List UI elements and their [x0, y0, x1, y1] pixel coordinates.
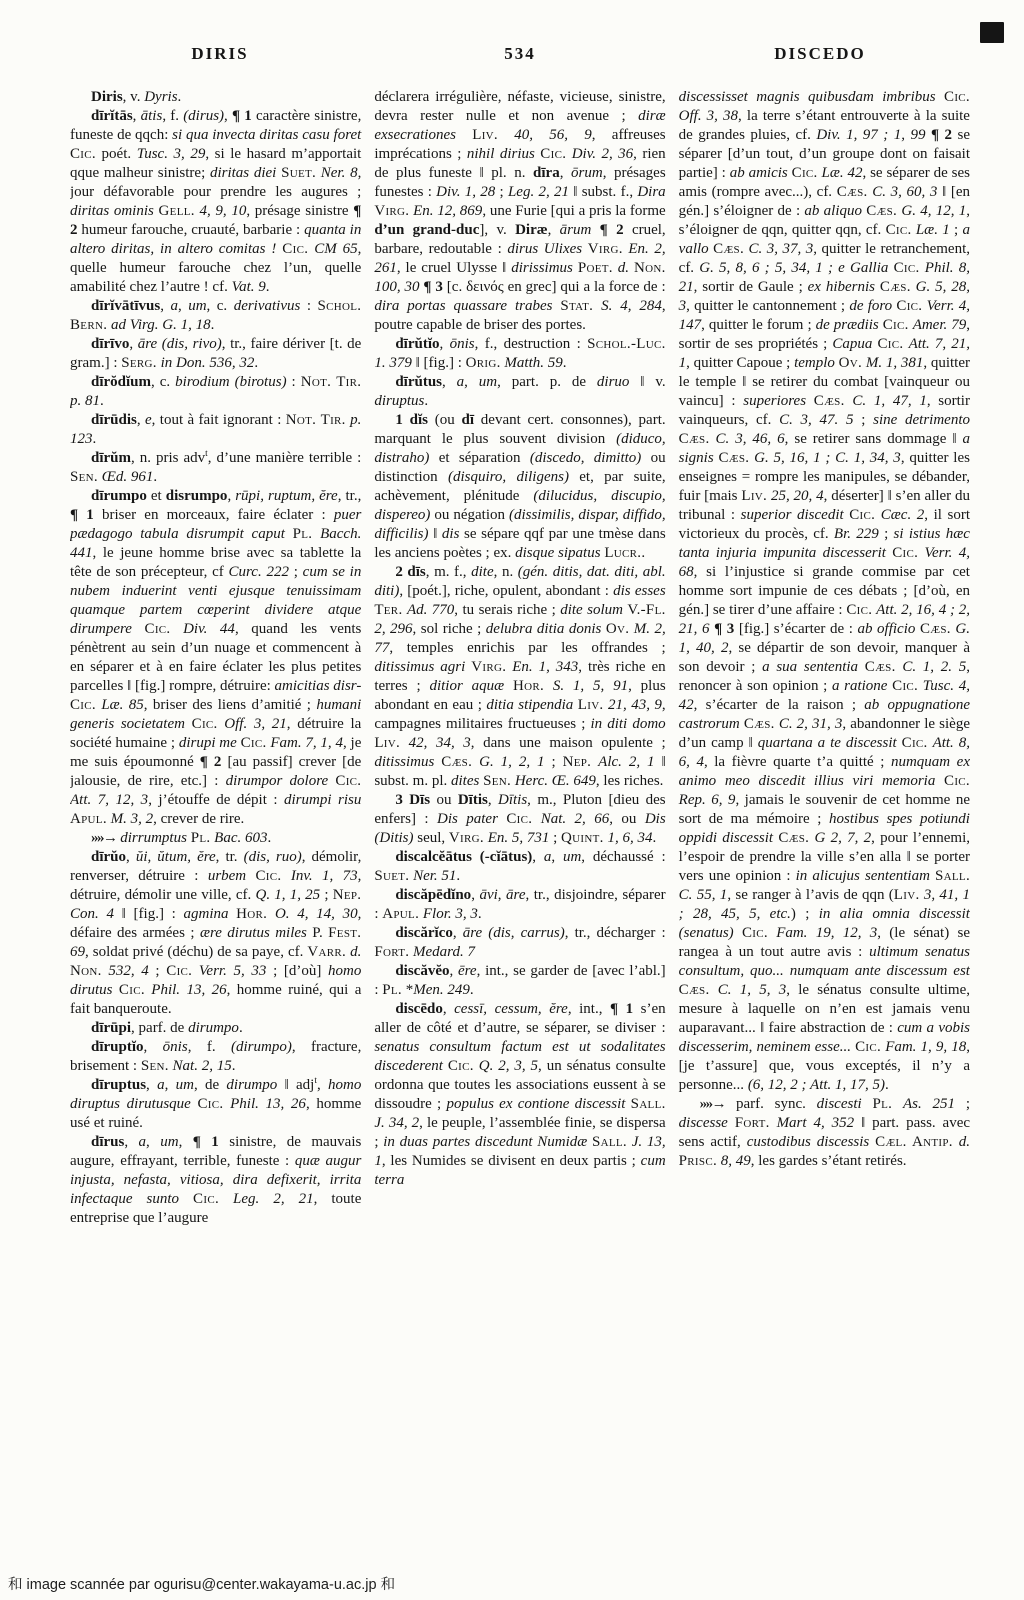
dictionary-entry: Diris, v. Dyris. [70, 88, 361, 107]
text-run-n [862, 1096, 873, 1112]
text-run-n [498, 127, 514, 143]
text-run-sc: Cic. [944, 773, 970, 789]
text-run-sc: Suet. [281, 165, 316, 181]
text-run-sc: Sen. [70, 469, 98, 485]
dictionary-entry: dīrūpi, parf. de dirumpo. [70, 1019, 361, 1038]
text-run-n: , n. pris adv [131, 450, 205, 466]
text-run-sc: Cic. [335, 773, 361, 789]
text-run-n: , c. [151, 374, 175, 390]
text-run-i: de prædiis [816, 317, 879, 333]
text-run-i: En. 1, 343 [512, 659, 578, 675]
text-run-b: dīruptus [91, 1077, 146, 1093]
text-run-sc: Cic. [878, 336, 904, 352]
text-run-sc: Cæs. [866, 203, 897, 219]
text-run-i: discesti [817, 1096, 862, 1112]
dictionary-entry: discăvĕo, ēre, int., se garder de [avec … [374, 962, 665, 1000]
text-run-n: , quitter le cantonnement ; [686, 298, 849, 314]
column-3: discessisset magnis quibusdam imbribus C… [679, 88, 970, 1556]
text-run-i: Off. 3, 38 [679, 108, 738, 124]
text-run-sc: Fest. [328, 925, 361, 941]
text-run-i: C. 3, 37, 3 [749, 241, 814, 257]
text-run-a: »»→ [91, 830, 117, 846]
dictionary-entry: dīrīvo, āre (dis, rivo), tr., faire déri… [70, 335, 361, 373]
text-run-sc: Cic. [849, 507, 875, 523]
text-run-sc: Cic. [241, 735, 267, 751]
text-run-n: : [300, 298, 317, 314]
text-run-b: ¶ 2 [600, 222, 624, 238]
text-run-i: Att. 7, 12, 3 [70, 792, 148, 808]
dictionary-entry: dīrumpo et disrumpo, rūpi, ruptum, ĕre, … [70, 487, 361, 829]
entry-continuation: déclarera irrégulière, néfaste, vicieuse… [374, 88, 665, 335]
text-run-i: S. 4, 284 [601, 298, 662, 314]
text-run-i: Amer. 79 [913, 317, 967, 333]
text-run-n: humeur farouche, cruauté, barbarie : [78, 222, 305, 238]
text-run-sc: Fort. [374, 944, 409, 960]
text-run-n: , présage sinistre [246, 203, 353, 219]
text-run-n: , se retirer sans dommage ‖ [785, 431, 963, 447]
text-run-i: diruptus [374, 393, 424, 409]
text-run-n [935, 773, 944, 789]
text-run-i: custodibus discessis [747, 1134, 870, 1150]
text-run-sc: Cic. [894, 260, 920, 276]
text-run-i: J. 34, 2 [374, 1115, 419, 1131]
text-run-i: amicitias disr- [275, 678, 362, 694]
text-run-i: C. 1, 5, 3 [718, 982, 786, 998]
text-run-sc: Pl. [382, 982, 402, 998]
text-run-n: , parf. de [131, 1020, 188, 1036]
text-run-n: ‖ [fig.] : [114, 906, 184, 922]
text-run-i: Mart 4, 352 [777, 1115, 855, 1131]
text-run-i: a [139, 1134, 147, 1150]
text-columns: Diris, v. Dyris.dīrĭtās, ātis, f. (dirus… [70, 88, 970, 1556]
text-run-sc: Sall. [935, 868, 970, 884]
text-run-i: M. 3, 2 [111, 811, 154, 827]
text-run-b: dīrus [91, 1134, 124, 1150]
text-run-i: ātis [141, 108, 163, 124]
text-run-sc: Liv. [578, 697, 604, 713]
text-run-i: C. 3, 46, 6 [715, 431, 784, 447]
text-run-i: in diti domo [590, 716, 665, 732]
text-run-i: Q. 2, 3, 5 [479, 1058, 538, 1074]
text-run-i: C. 3, 60, 3 [872, 184, 937, 200]
text-run-n: . [211, 317, 215, 333]
text-run-i: Verr. 5, 33 [199, 963, 267, 979]
text-run-i: Capua [832, 336, 872, 352]
text-run-sc: Cic. [448, 1058, 474, 1074]
text-run-n: , déchaussé : [581, 849, 665, 865]
text-run-n: , quitter Capoue ; [686, 355, 794, 371]
text-run-sc: Stat. [560, 298, 593, 314]
text-run-i: agmina [183, 906, 228, 922]
text-run-i: Phil. 13, 26 [230, 1096, 306, 1112]
text-run-n [219, 1191, 233, 1207]
text-run-sc: Ter. [374, 602, 402, 618]
text-run-n [710, 982, 718, 998]
text-run-sc: Nep. [563, 754, 592, 770]
dictionary-entry: dīrĭtās, ātis, f. (dirus), ¶ 1 caractère… [70, 107, 361, 297]
text-run-n [185, 716, 192, 732]
text-run-n: . [456, 868, 460, 884]
text-run-n: , les Numides se divisent en deux partis… [382, 1153, 641, 1169]
text-run-i: dirupi me [179, 735, 237, 751]
text-run-sc: Lucr. [604, 545, 641, 561]
text-run-sc: Quint. [561, 830, 604, 846]
text-run-b: Diris [91, 89, 123, 105]
text-run-sc: Prisc. [679, 1153, 717, 1169]
text-run-sc: Cic. [506, 811, 532, 827]
text-run-n [246, 868, 255, 884]
text-run-sc: Virg. [471, 659, 506, 675]
text-run-n [858, 659, 865, 675]
text-run-i: Div. 1, 97 ; 1, 99 [816, 127, 925, 143]
text-run-i: d. [618, 260, 629, 276]
dictionary-entry: discăpēdĭno, āvi, āre, tr., disjoindre, … [374, 886, 665, 924]
text-run-sc: Virg. [374, 203, 409, 219]
text-run-n: , f. [162, 108, 183, 124]
text-run-n: ‖ v. [629, 374, 665, 390]
text-run-n: ‖ adj [277, 1077, 314, 1093]
text-run-i: ēre [458, 963, 477, 979]
text-run-sc: Cic. [282, 241, 308, 257]
text-run-sc: Cic. [883, 317, 909, 333]
text-run-n: , tout à fait ignorant : [152, 412, 286, 428]
text-run-n: . [100, 393, 104, 409]
text-run-n: , [560, 165, 571, 181]
text-run-n: , tr. [216, 849, 244, 865]
text-run-n: , [488, 792, 498, 808]
text-run-n: , briser des liens d’amitié ; [144, 697, 317, 713]
text-run-n [768, 925, 776, 941]
header-guideword-right: DISCEDO [670, 44, 970, 64]
text-run-i: a ratione [832, 678, 888, 694]
text-run-i: Off. 3, 21 [224, 716, 287, 732]
text-run-sc: Cic. [540, 146, 566, 162]
text-run-i: dirissimus [511, 260, 573, 276]
dictionary-entry: discēdo, cessī, cessum, ĕre, int., ¶ 1 s… [374, 1000, 665, 1190]
text-run-i: Inv. 1, 73 [291, 868, 358, 884]
text-run-n: ‖ subst. f., [569, 184, 637, 200]
text-run-i: ab officio [857, 621, 915, 637]
text-run-b: Diræ [515, 222, 548, 238]
text-run-sc: Orig. [466, 355, 501, 371]
dictionary-entry: dīrŭtĭo, ōnis, f., destruction : Schol.-… [374, 335, 665, 373]
text-run-sc: Cic. [855, 1039, 881, 1055]
text-run-b: ¶ 1 [70, 507, 94, 523]
text-run-i: diruo [597, 374, 630, 390]
text-run-n: . [153, 469, 157, 485]
text-run-n: ; [549, 830, 561, 846]
text-run-i: 2, 296 [374, 621, 412, 637]
text-run-sc: Ov. [606, 621, 629, 637]
text-run-i: rūpi, ruptum, ĕre [235, 488, 338, 504]
text-run-sc: Cæs. [778, 830, 809, 846]
text-run-i: disque sipatus [515, 545, 600, 561]
text-run-sc: Apul. [70, 811, 107, 827]
text-run-i: CM 65 [314, 241, 357, 257]
text-run-b: discăpēdĭno [395, 887, 471, 903]
text-run-i: um [563, 849, 581, 865]
text-run-n: ou négation [430, 507, 509, 523]
text-run-b: dīruptĭo [91, 1039, 144, 1055]
text-run-n: , tu serais riche ; [454, 602, 560, 618]
text-run-n: , de [194, 1077, 226, 1093]
text-run-b: ¶ 2 [200, 754, 222, 770]
text-run-sc: Schol.-Luc. [587, 336, 666, 352]
text-run-i: Q. 1, 1, 25 [255, 887, 320, 903]
text-run-n: ou [430, 792, 458, 808]
text-run-sc: Gell. [159, 203, 195, 219]
text-run-sc: Cic. [166, 963, 192, 979]
text-run-i: Ad. 770 [407, 602, 454, 618]
text-run-i: O. 4, 14, 30 [275, 906, 358, 922]
text-run-i: āre (dis, carrus) [463, 925, 565, 941]
text-run-i: Fam. 7, 1, 4 [270, 735, 343, 751]
text-run-i: C. 1, 47, 1 [852, 393, 926, 409]
text-run-sc: Cæs. [679, 982, 710, 998]
dictionary-entry: dīrus, a, um, ¶ 1 sinistre, de mauvais a… [70, 1133, 361, 1228]
text-run-i: C. 55, 1 [679, 887, 728, 903]
text-run-i: dirumpor dolore [226, 773, 329, 789]
text-run-i: 100, 30 [374, 279, 419, 295]
text-run-n: . [267, 830, 271, 846]
dictionary-entry: 3 Dīs ou Dītis, Dītis, m., Pluton [dieu … [374, 791, 665, 848]
text-run-n [504, 678, 513, 694]
text-run-n: ‖ [fig.] : [412, 355, 466, 371]
text-run-sc: Liv. [472, 127, 498, 143]
text-run-i: dirumpo [226, 1077, 277, 1093]
text-run-n: , [146, 1077, 157, 1093]
text-run-n: , se ranger à l’avis de qqn ( [727, 887, 893, 903]
text-run-i: Læ. 1 [916, 222, 950, 238]
text-run-b: ¶ 2 [931, 127, 952, 143]
text-run-b: discalcĕātus (-cĭātus) [395, 849, 532, 865]
text-run-n: , [548, 222, 560, 238]
text-run-sc: Cic. [902, 735, 928, 751]
text-run-n: , [126, 849, 136, 865]
text-run-n [591, 222, 599, 238]
text-run-i: a [170, 298, 178, 314]
text-run-n: , [224, 108, 232, 124]
text-run-n [132, 621, 145, 637]
text-run-n: ; [149, 963, 167, 979]
text-run-n: ; [495, 184, 508, 200]
text-run-i: urbem [208, 868, 246, 884]
text-run-i: superiores [743, 393, 806, 409]
text-run-i: G. 4, 12, 1 [901, 203, 966, 219]
text-run-n: ; [854, 412, 874, 428]
text-run-n [593, 298, 601, 314]
text-run-i: ditissimus [374, 754, 434, 770]
text-run-sc: Pl. [293, 526, 313, 542]
text-run-sc: Cic. [145, 621, 171, 637]
scan-artifact-blob [980, 22, 1004, 43]
text-run-n [285, 526, 293, 542]
text-run-sc: Virg. [449, 830, 484, 846]
text-run-b: Dītis [458, 792, 488, 808]
text-run-i: um [188, 298, 206, 314]
text-run-i: Leg. 2, 21 [233, 1191, 314, 1207]
text-run-sc: Cæs. [679, 431, 710, 447]
text-run-i: Phil. 13, 26 [151, 982, 226, 998]
text-run-i: in duas partes discedunt Numidæ [383, 1134, 587, 1150]
text-run-sc: Sen. [141, 1058, 169, 1074]
page-number: 534 [370, 44, 670, 64]
text-run-sc: Cic. [944, 89, 970, 105]
text-run-n: , v. [123, 89, 145, 105]
text-run-i: in Don. 536, 32 [161, 355, 255, 371]
text-run-n: , c. [207, 298, 234, 314]
text-run-i: (6, 12, 2 ; Att. 1, 17, 5) [748, 1077, 885, 1093]
text-run-i: Læ. 85 [101, 697, 143, 713]
text-run-n: , [146, 1134, 160, 1150]
text-run-sc: Hor. [236, 906, 267, 922]
text-run-i: Tusc. 3, 29 [137, 146, 206, 162]
text-run-i: Men. 249 [413, 982, 470, 998]
text-run-i: Con. 4 [70, 906, 114, 922]
text-run-sc: Poet. [578, 260, 613, 276]
text-run-i: diritas diei [210, 165, 276, 181]
text-run-sc: Not. Tir. [286, 412, 346, 428]
text-run-i: nihil dirius [467, 146, 535, 162]
text-run-i: Vat. 9 [232, 279, 266, 295]
text-run-i: dites [451, 773, 479, 789]
text-run-sc: Hor. [513, 678, 544, 694]
text-run-i: Div. 1, 28 [436, 184, 495, 200]
text-run-n: . [232, 1058, 236, 1074]
text-run-sc: Virg. [588, 241, 623, 257]
text-run-sc: Nep. [333, 887, 362, 903]
text-run-n: , [124, 1134, 138, 1150]
text-run-b: dīrŭtĭo [395, 336, 439, 352]
text-run-n: , crever de rire. [153, 811, 244, 827]
text-run-n [400, 735, 409, 751]
text-run-n: , [442, 374, 457, 390]
text-run-b: dīrŭo [91, 849, 126, 865]
text-run-n: , j’étouffe de dépit : [148, 792, 284, 808]
text-run-i: Nat. 2, 66 [541, 811, 610, 827]
text-run-i: Œd. 961 [102, 469, 154, 485]
text-run-i: G. 5, 8, 6 ; 5, 34, 1 ; e Gallia [699, 260, 888, 276]
text-run-i: ārum [560, 222, 592, 238]
text-run-i: (dis, ruo) [244, 849, 302, 865]
text-run-n: . [178, 89, 182, 105]
text-run-n: briser en morceaux, faire éclater : [94, 507, 334, 523]
text-run-sc: Serg. [121, 355, 157, 371]
text-run-i: 532, 4 [108, 963, 148, 979]
text-run-n: , [137, 412, 145, 428]
text-run-n: , [551, 849, 563, 865]
text-run-n: , [129, 336, 137, 352]
text-run-n: ; [879, 526, 894, 542]
text-run-i: Div. 2, 36 [572, 146, 633, 162]
text-run-n: ; [320, 887, 333, 903]
text-run-b: ¶ 3 [714, 621, 734, 637]
text-run-n: , n. [494, 564, 518, 580]
text-run-sc: Cic. [792, 165, 818, 181]
text-run-n: , d’une manière terrible : [208, 450, 362, 466]
text-run-n [312, 526, 320, 542]
text-run-i: ex hibernis [808, 279, 875, 295]
dictionary-entry: 2 dīs, m. f., dite, n. (gén. ditis, dat.… [374, 563, 665, 791]
text-run-b: dīrŭtus [395, 374, 442, 390]
text-run-n: , [443, 1001, 454, 1017]
text-run-i: in alicujus sententiam [796, 868, 930, 884]
text-run-b: dī [462, 412, 475, 428]
text-run-b: dīrŭm [91, 450, 131, 466]
text-run-n: , [178, 298, 188, 314]
text-run-n: , [160, 298, 170, 314]
text-run-n: , m. f., [426, 564, 471, 580]
text-run-i: dis [442, 526, 460, 542]
text-run-n [728, 1115, 735, 1131]
text-run-i: ōrum [571, 165, 603, 181]
text-run-i: En. 12, 869 [413, 203, 482, 219]
text-run-n: , part. p. de [497, 374, 597, 390]
text-run-n: , [464, 374, 479, 390]
text-run-i: Alc. 2, 1 [598, 754, 654, 770]
column-2: déclarera irrégulière, néfaste, vicieuse… [374, 88, 665, 1556]
text-run-n: P. [307, 925, 328, 941]
text-run-i: um [479, 374, 497, 390]
text-run-n: , [133, 108, 141, 124]
text-run-n [806, 393, 814, 409]
text-run-n: , temples enrichis par les offrandes ; [389, 640, 665, 656]
text-run-b: ¶ 1 [610, 1001, 633, 1017]
text-run-sc: Non. [70, 963, 102, 979]
text-run-n: seul, [414, 830, 449, 846]
text-run-b: disrumpo [166, 488, 228, 504]
text-run-i: discessisset magnis quibusdam imbribus [679, 89, 936, 105]
text-run-b: ¶ 1 [193, 1134, 219, 1150]
text-run-i: um [176, 1077, 194, 1093]
text-run-sc: Cæl. Antip. [875, 1134, 953, 1150]
text-run-i: C. 3, 47. 5 [779, 412, 853, 428]
text-run-i: Div. 44 [183, 621, 235, 637]
text-run-n: . [239, 1020, 243, 1036]
text-run-i: ōnis [163, 1039, 188, 1055]
text-run-b: dīrumpo [91, 488, 147, 504]
text-run-n [191, 1096, 198, 1112]
text-run-n [734, 925, 742, 941]
text-run-sc: Cic. [892, 545, 918, 561]
text-run-sc: Cæs. [837, 184, 868, 200]
text-run-i: dite solum [560, 602, 623, 618]
text-run-n: , la fièvre quarte t’a quitté ; [704, 754, 891, 770]
text-run-sc: Cic. [896, 298, 922, 314]
dictionary-entry: dīruptĭo, ōnis, f. (dirumpo), fracture, … [70, 1038, 361, 1076]
text-run-i: dira portas quassare trabes [374, 298, 552, 314]
text-run-i: e [145, 412, 152, 428]
text-run-sc: Cæs. [814, 393, 845, 409]
text-run-n: , [450, 963, 458, 979]
text-run-n: ; [289, 564, 303, 580]
text-run-sc: V.-Fl. [627, 602, 665, 618]
text-run-i: 21, 43, 9 [608, 697, 662, 713]
text-run-i: (dirus) [183, 108, 224, 124]
text-run-sc: Cæs. [713, 241, 744, 257]
text-run-b: dīrĭvātīvus [91, 298, 160, 314]
dictionary-entry: »»→ dirrumptus Pl. Bac. 603. [70, 829, 361, 848]
text-run-i: templo [794, 355, 835, 371]
text-run-n: , [498, 887, 506, 903]
dictionary-entry: discalcĕātus (-cĭātus), a, um, déchaussé… [374, 848, 665, 886]
dictionary-entry: dīrŭtus, a, um, part. p. de diruo ‖ v. d… [374, 373, 665, 411]
text-run-sc: Suet. [374, 868, 409, 884]
text-run-i: G. 1, 2, 1 [479, 754, 544, 770]
text-run-i: discesse [679, 1115, 728, 1131]
text-run-i: derivativus [234, 298, 301, 314]
text-run-i: Br. 229 [834, 526, 879, 542]
